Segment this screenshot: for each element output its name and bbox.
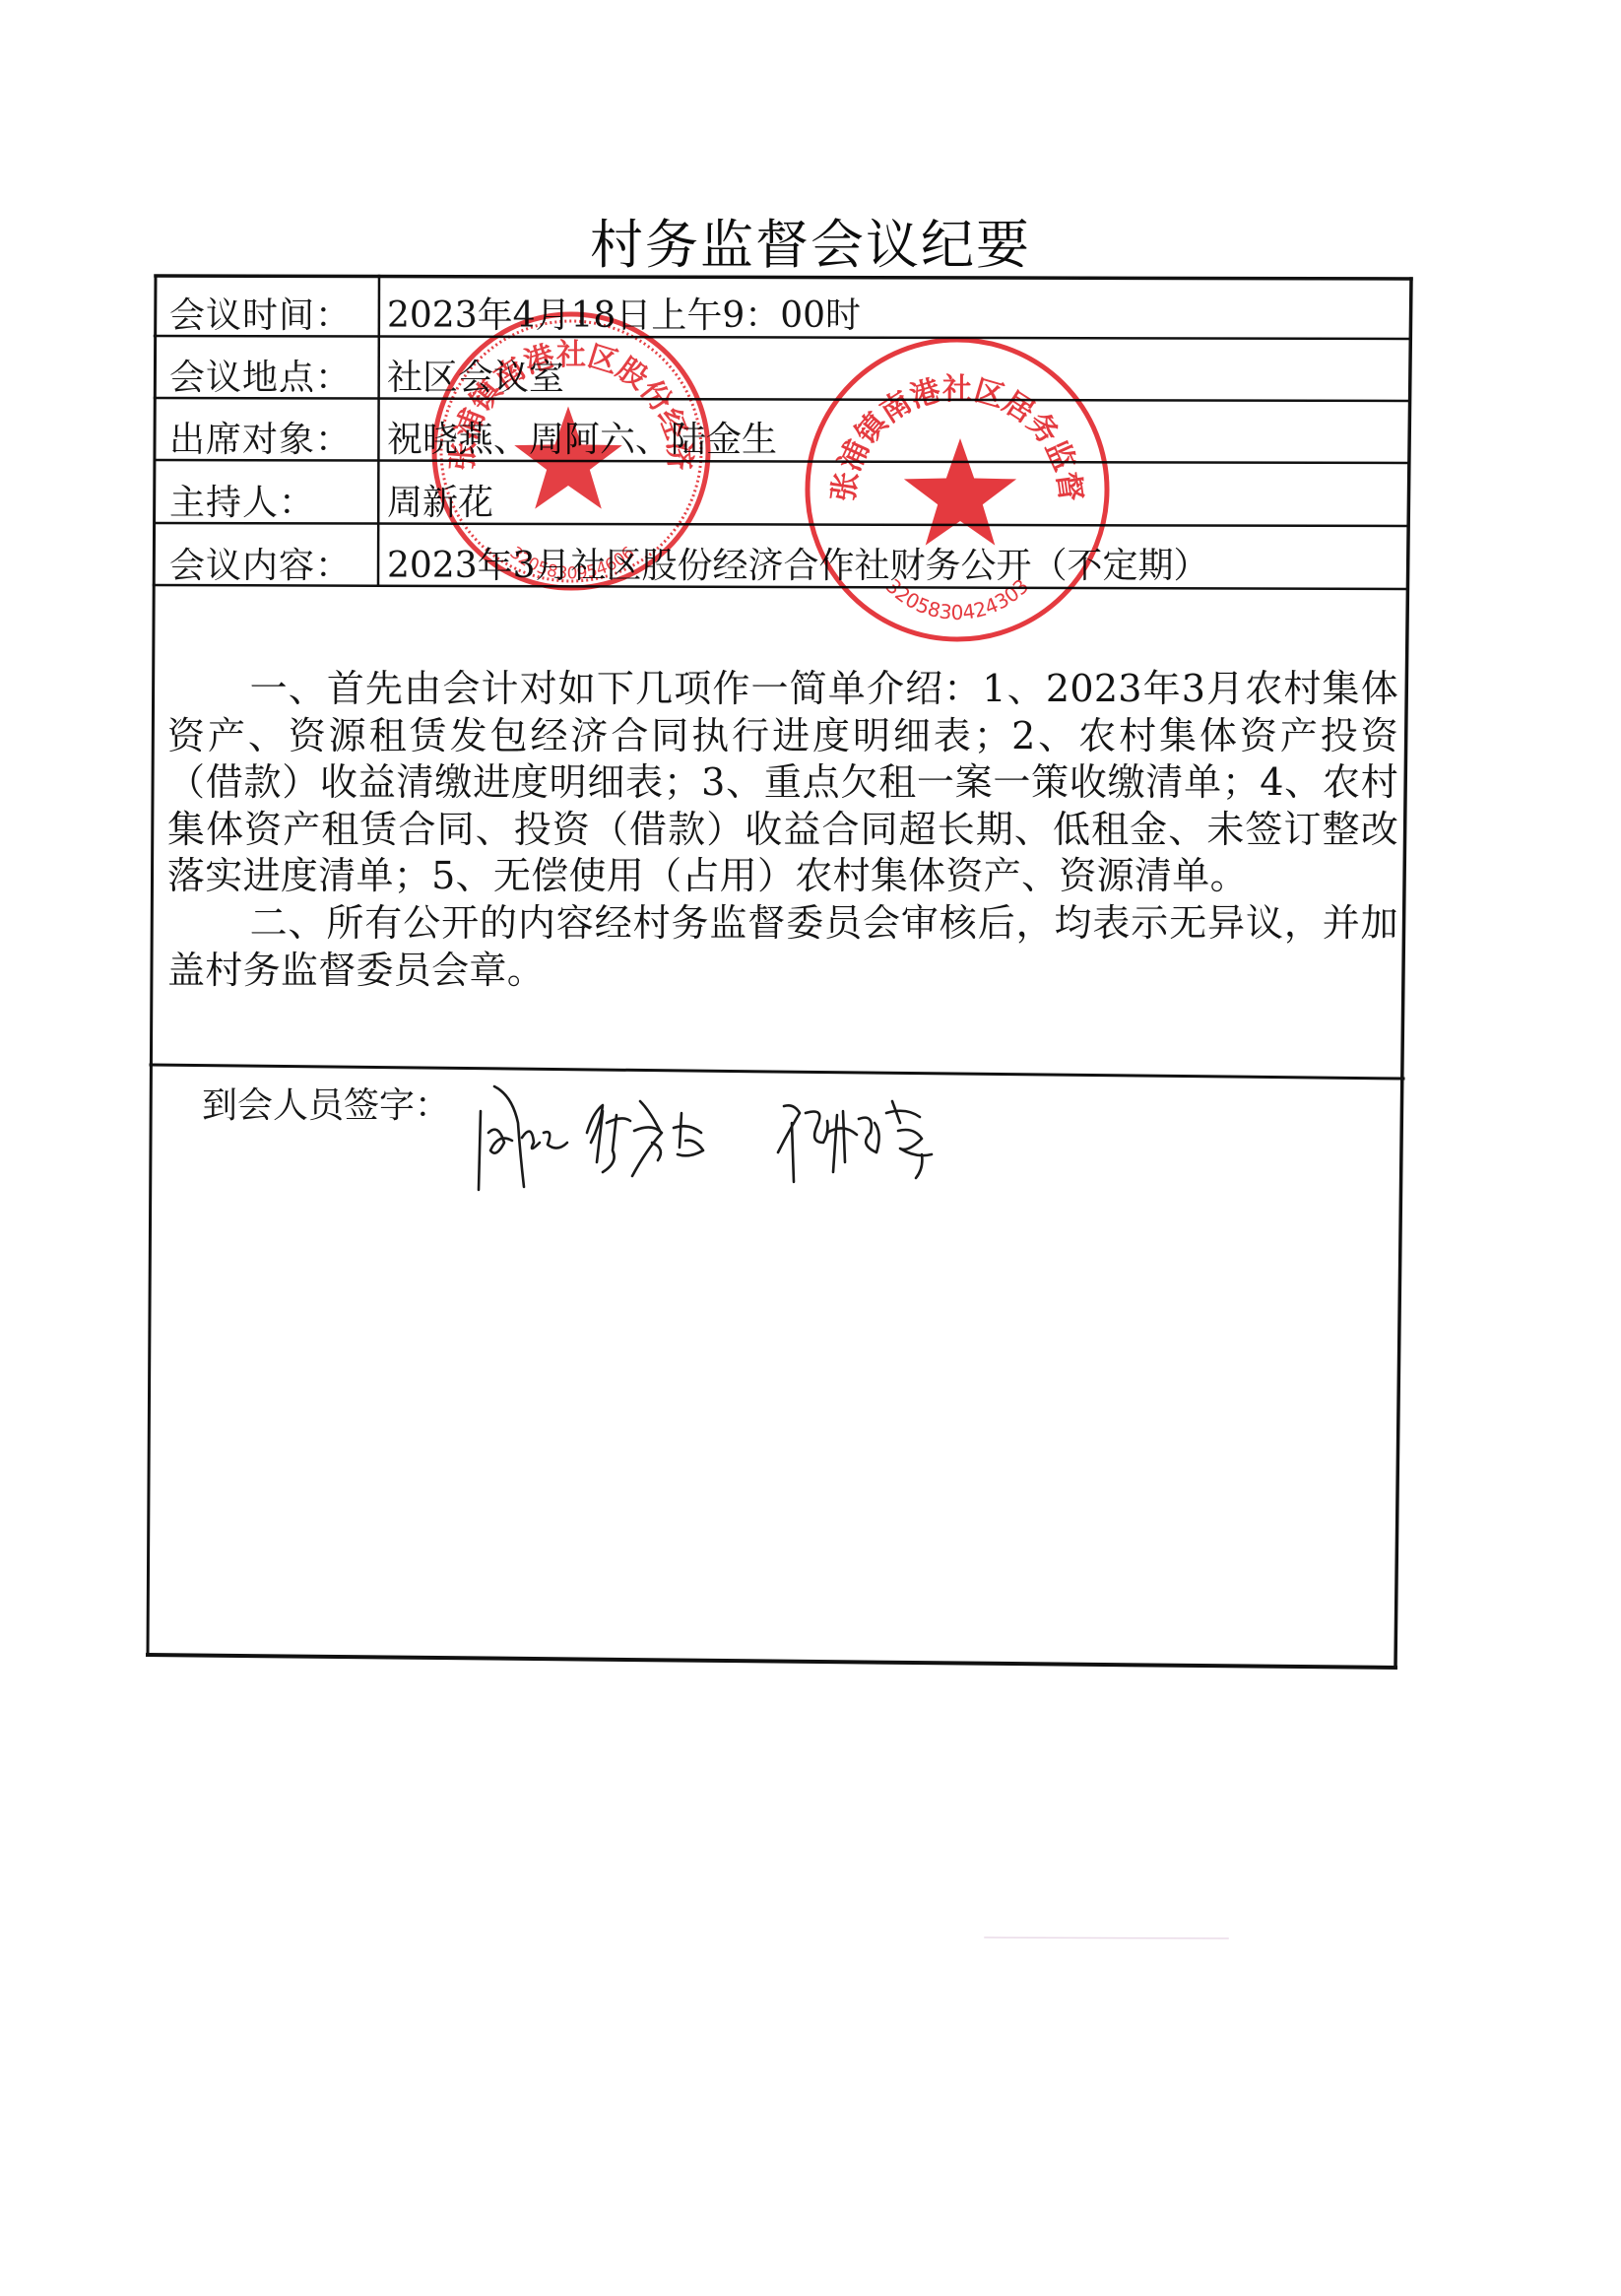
supervision-committee-seal: 昆山市张浦镇南港社区居务监督委员会 3205830424303: [0, 0, 1107, 639]
cooperative-seal-text: 昆山市张浦镇南港社区股份经济合作社: [0, 0, 697, 472]
supervision-seal-text: 昆山市张浦镇南港社区居务监督委员会: [0, 0, 1088, 503]
official-seals: 昆山市张浦镇南港社区股份经济合作社 3205830954606 昆山市张浦镇南港…: [0, 0, 1621, 2296]
cooperative-seal: 昆山市张浦镇南港社区股份经济合作社 3205830954606: [0, 0, 708, 588]
supervision-seal-number: 3205830424303: [881, 574, 1034, 624]
